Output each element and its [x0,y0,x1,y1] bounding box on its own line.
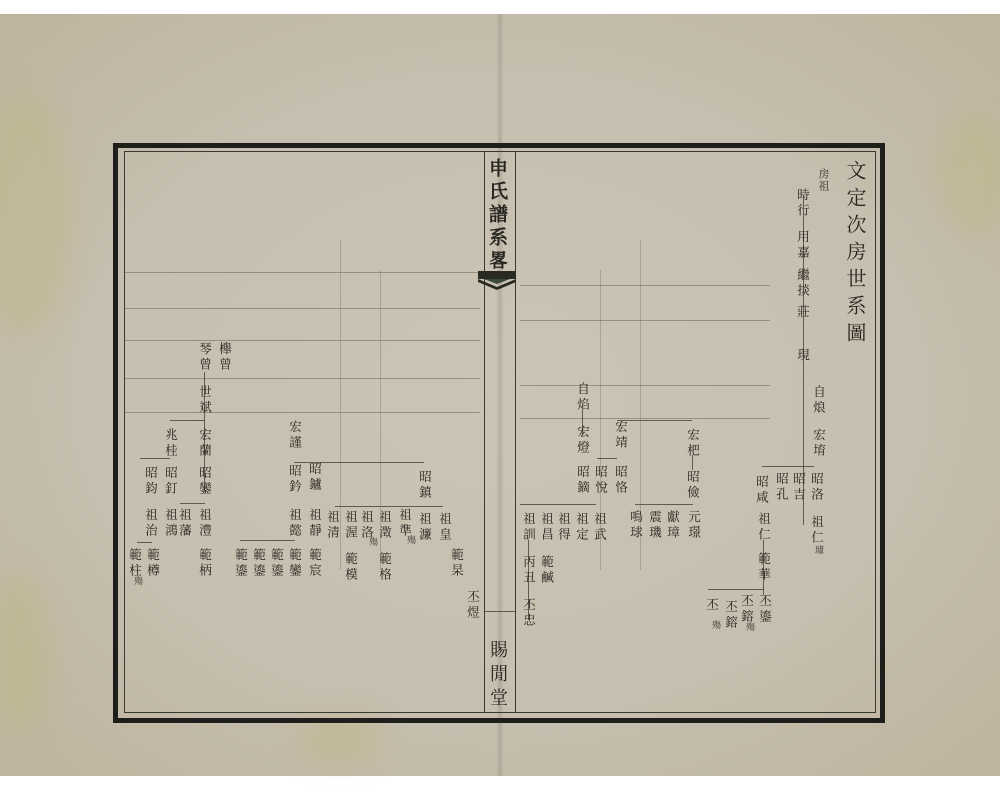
row-rule [125,340,480,341]
person-name: 元璟 [687,510,700,541]
paper-stain [0,94,70,334]
row-rule [125,378,480,379]
person-name: 宏蘭 [198,428,211,459]
person-name: 獻璋 [666,510,679,541]
annotation: 殤 [744,622,753,632]
person-name: 櫸曾 [218,342,231,373]
person-name: 祖仁 [757,512,770,543]
person-name: 丕鎏 [758,594,771,625]
branch-connector [484,611,515,612]
person-name: 祖濂 [418,512,431,543]
person-name: 宏燈 [576,425,589,456]
person-name: 丕 [705,598,718,614]
person-name: 丕忠 [522,598,535,629]
branch-connector [180,503,205,504]
row-rule [520,418,770,419]
person-name: 昭釘 [164,466,177,497]
annotation: 殤 [132,576,141,586]
person-name: 昭悅 [594,465,607,496]
person-name: 範柱 [128,548,141,579]
person-name: 昭洛 [810,472,823,503]
person-name: 範鑾 [288,548,301,579]
person-name: 祖澂 [378,510,391,541]
lineage-line [692,455,693,470]
person-name: 範鎏 [234,548,247,579]
row-rule [125,272,480,273]
person-name: 昭儉 [686,470,699,501]
person-name: 祖治 [144,508,157,539]
person-name: 昭鑾 [198,466,211,497]
person-name: 祖定 [575,512,588,543]
person-name: 琴曾 [198,342,211,373]
paper-stain [0,574,50,734]
branch-connector [335,506,443,507]
person-name: 祖訓 [522,512,535,543]
branch-label: 房祖 [818,168,829,192]
person-name: 祖鴻 [164,508,177,539]
person-name: 昭恪 [614,465,627,496]
branch-connector [520,504,596,505]
person-name: 丕煜 [466,590,479,621]
person-name: 宏靖 [614,420,627,451]
person-name: 祖渥 [344,510,357,541]
person-name: 繼掞 [796,268,809,299]
annotation: 璩 [813,545,822,555]
person-name: 祖澧 [198,508,211,539]
person-name: 世斌 [198,385,211,416]
person-name: 祖仁 [810,515,823,546]
person-name: 丙丑 [522,555,535,586]
branch-connector [240,540,295,541]
fishtail-mark-icon [478,271,516,293]
branch-connector [140,458,170,459]
person-name: 宏謹 [288,420,301,451]
person-name: 昭吉 [792,472,805,503]
hall-name: 賜閒堂 [488,640,506,712]
person-name: 範華 [757,552,770,583]
person-name: 祖懿 [288,508,301,539]
annotation: 殤 [405,535,414,545]
person-name: 範鎏 [270,548,283,579]
person-name: 昭咸 [755,475,768,506]
person-name: 丕鎔 [724,600,737,631]
branch-connector [762,466,814,467]
person-name: 昭孔 [775,472,788,503]
person-name: 現 [796,348,809,364]
branch-connector [170,420,205,421]
row-rule [520,320,770,321]
person-name: 用嘉 [796,230,809,261]
person-name: 昭鎮 [418,470,431,501]
row-rule [125,412,480,413]
person-name: 範杲 [450,548,463,579]
person-name: 自焰 [576,382,589,413]
row-rule [520,385,770,386]
person-name: 祖藩 [178,508,191,539]
person-name: 範鹹 [540,555,553,586]
person-name: 祖得 [557,512,570,543]
center-title: 申氏譜系畧 [487,158,506,273]
person-name: 範樽 [146,548,159,579]
branch-connector [597,458,617,459]
chart-title: 文定次房世系圖 [845,160,865,349]
person-name: 昭鏑 [576,465,589,496]
person-name: 範模 [344,552,357,583]
branch-connector [635,504,693,505]
person-name: 昭鈞 [144,466,157,497]
person-name: 鳴球 [629,510,642,541]
person-name: 昭鑪 [308,462,321,493]
person-name: 莊 [796,305,809,321]
person-name: 範格 [378,552,391,583]
person-name: 範柄 [198,548,211,579]
person-name: 昭鈐 [288,464,301,495]
person-name: 祖武 [593,512,606,543]
person-name: 祖清 [326,510,339,541]
person-name: 兆桂 [164,428,177,459]
row-rule [520,285,770,286]
row-rule [125,308,480,309]
person-name: 宏堉 [812,428,825,459]
person-name: 時行 [796,188,809,219]
center-column-rule [515,152,516,712]
person-name: 自烺 [812,385,825,416]
annotation: 殤 [367,537,376,547]
person-name: 範宸 [308,548,321,579]
person-name: 祖昌 [540,512,553,543]
person-name: 祖靜 [308,508,321,539]
person-name: 祖皇 [438,512,451,543]
paper-stain [940,114,1000,234]
person-name: 震璣 [648,510,661,541]
person-name: 範鎏 [252,548,265,579]
center-column-rule [484,152,485,712]
branch-connector [137,542,152,543]
person-name: 丕鎔 [740,594,753,625]
branch-connector [708,589,764,590]
annotation: 殤 [710,620,719,630]
